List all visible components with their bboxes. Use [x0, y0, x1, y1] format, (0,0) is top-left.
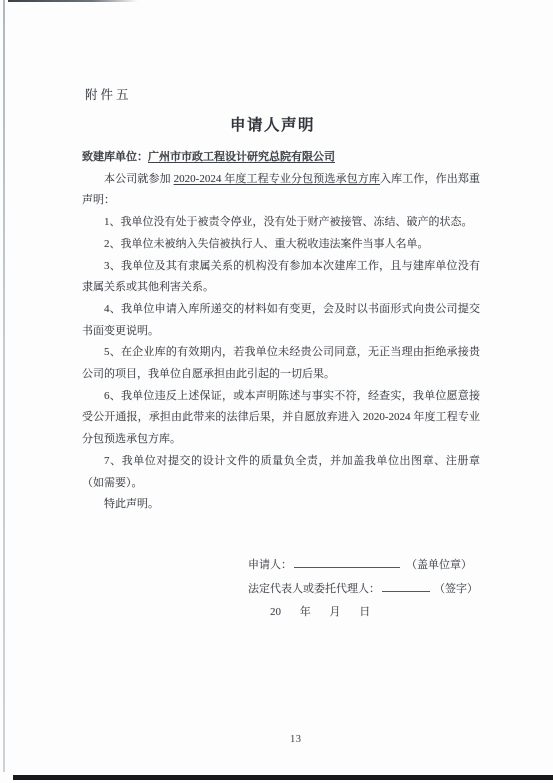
intro-underlined-scope: 2020-2024 年度工程专业分包预选承包方库	[174, 173, 380, 185]
scan-edge-top-artifact	[8, 0, 138, 2]
document-body: 致建库单位：广州市市政工程设计研究总院有限公司 本公司就参加 2020-2024…	[82, 147, 480, 516]
recipient-line: 致建库单位：广州市市政工程设计研究总院有限公司	[82, 147, 480, 169]
applicant-label: 申请人：	[248, 559, 292, 571]
page-number: 13	[290, 734, 302, 745]
date-line: 20 年 月 日	[248, 601, 478, 625]
scan-edge-bottom-artifact	[13, 775, 553, 780]
applicant-line: 申请人：（盖单位章）	[248, 554, 478, 578]
date-day-label: 日	[359, 606, 370, 618]
legal-rep-label: 法定代表人或委托代理人：	[248, 583, 380, 595]
recipient-name: 广州市市政工程设计研究总院有限公司	[148, 151, 335, 163]
legal-rep-sign-note: （签字）	[434, 583, 478, 595]
recipient-label: 致建库单位：	[82, 151, 148, 163]
legal-rep-signature-blank	[382, 580, 430, 592]
applicant-signature-blank	[294, 556, 400, 568]
date-month-label: 月	[330, 606, 341, 618]
document-page: 附件五 申请人声明 致建库单位：广州市市政工程设计研究总院有限公司 本公司就参加…	[0, 0, 553, 783]
document-title: 申请人声明	[0, 113, 545, 135]
intro-prefix: 本公司就参加	[104, 173, 174, 185]
declaration-item-1: 1、我单位没有处于被责令停业，没有处于财产被接管、冻结、破产的状态。	[82, 212, 480, 234]
signature-block: 申请人：（盖单位章） 法定代表人或委托代理人：（签字） 20 年 月 日	[248, 554, 478, 625]
declaration-item-5: 5、在企业库的有效期内，若我单位未经贵公司同意，无正当理由拒绝承接贵公司的项目，…	[82, 342, 480, 385]
closing-statement: 特此声明。	[82, 494, 480, 516]
declaration-item-3: 3、我单位及其有隶属关系的机构没有参加本次建库工作，且与建库单位没有隶属关系或其…	[82, 256, 480, 299]
date-year-label: 年	[300, 606, 311, 618]
declaration-item-2: 2、我单位未被纳入失信被执行人、重大税收违法案件当事人名单。	[82, 234, 480, 256]
declaration-item-7: 7、我单位对提交的设计文件的质量负全责，并加盖我单位出图章、注册章（如需要）。	[82, 451, 480, 494]
legal-rep-line: 法定代表人或委托代理人：（签字）	[248, 578, 478, 602]
intro-paragraph: 本公司就参加 2020-2024 年度工程专业分包预选承包方库入库工作，作出郑重…	[82, 169, 480, 212]
attachment-label: 附件五	[85, 85, 132, 103]
declaration-item-6: 6、我单位违反上述保证，或本声明陈述与事实不符，经查实，我单位愿意接受公开通报，…	[82, 386, 480, 451]
date-year-prefix: 20	[270, 606, 281, 618]
applicant-seal-note: （盖单位章）	[406, 559, 472, 571]
declaration-item-4: 4、我单位申请入库所递交的材料如有变更，会及时以书面形式向贵公司提交书面变更说明…	[82, 299, 480, 342]
